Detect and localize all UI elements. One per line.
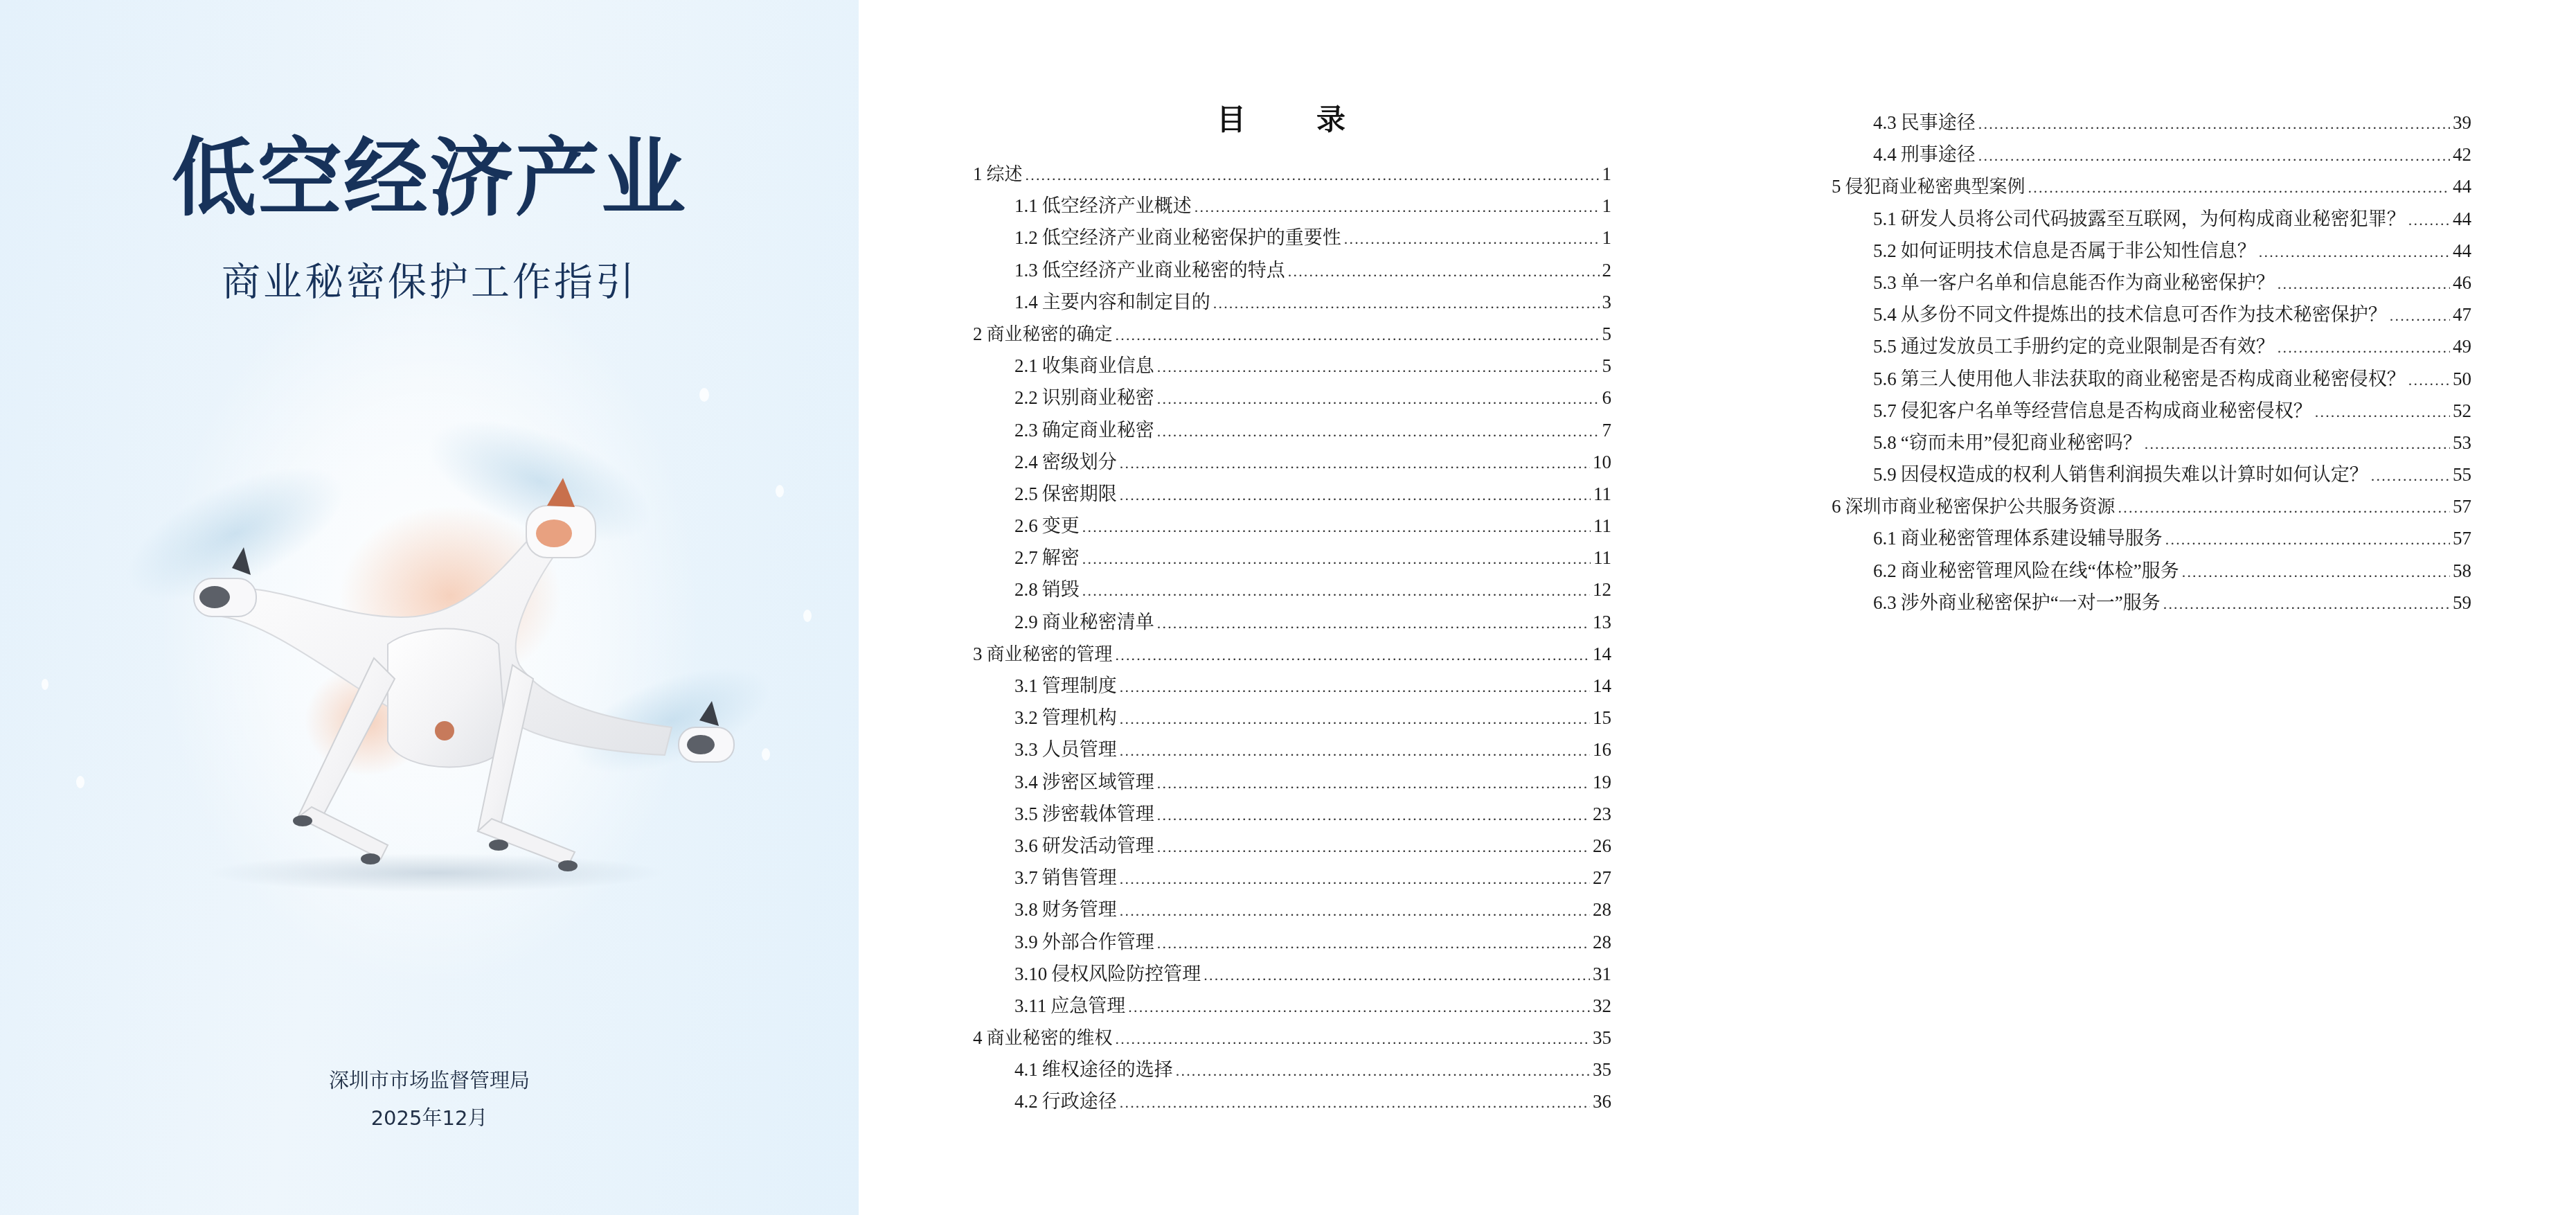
toc-section-entry[interactable]: 1.2 低空经济产业商业秘密保护的重要性 1 — [973, 222, 1611, 254]
toc-entry-page: 5 — [1602, 350, 1612, 382]
toc-entry-number: 5.9 — [1873, 459, 1897, 490]
toc-dot-leader — [2390, 300, 2450, 332]
toc-entry-page: 52 — [2453, 395, 2471, 427]
toc-entry-label: 低空经济产业概述 — [1042, 190, 1192, 222]
toc-entry-page: 50 — [2453, 363, 2471, 395]
cover-page: 低空经济产业 商业秘密保护工作指引 — [0, 0, 859, 1215]
toc-dot-leader — [2145, 428, 2450, 460]
toc-dot-leader — [1157, 607, 1590, 639]
toc-entry-page: 35 — [1593, 1022, 1611, 1054]
toc-entry-page: 55 — [2453, 459, 2471, 490]
toc-chapter-entry[interactable]: 3 商业秘密的管理 14 — [973, 638, 1611, 670]
toc-section-entry[interactable]: 5.1 研发人员将公司代码披露至互联网，为何构成商业秘密犯罪？ 44 — [1832, 203, 2471, 235]
toc-entry-label: 从多份不同文件提炼出的技术信息可否作为技术秘密保护？ — [1901, 299, 2387, 330]
toc-entry-page: 46 — [2453, 267, 2471, 299]
toc-section-entry[interactable]: 5.4 从多份不同文件提炼出的技术信息可否作为技术秘密保护？ 47 — [1832, 299, 2471, 330]
toc-entry-page: 23 — [1593, 798, 1611, 830]
toc-dot-leader — [2028, 172, 2450, 204]
toc-dot-leader — [2163, 588, 2450, 620]
toc-section-entry[interactable]: 3.4 涉密区域管理 19 — [973, 766, 1611, 798]
toc-section-entry[interactable]: 1.3 低空经济产业商业秘密的特点 2 — [973, 254, 1611, 286]
toc-entry-label: 因侵权造成的权利人销售利润损失难以计算时如何认定？ — [1901, 459, 2368, 490]
toc-entry-number: 1.3 — [1014, 254, 1038, 286]
toc-dot-leader — [1120, 447, 1590, 479]
toc-title: 目 录 — [969, 105, 1613, 134]
toc-dot-leader — [1157, 928, 1590, 959]
toc-dot-leader — [1157, 831, 1590, 863]
toc-entry-label: 通过发放员工手册约定的竞业限制是否有效？ — [1901, 330, 2275, 362]
toc-section-entry[interactable]: 5.7 侵犯客户名单等经营信息是否构成商业秘密侵权？ 52 — [1832, 395, 2471, 427]
toc-entry-number: 3.7 — [1014, 862, 1038, 894]
toc-entry-page: 44 — [2453, 170, 2471, 202]
toc-entry-label: 涉密载体管理 — [1042, 798, 1154, 830]
toc-dot-leader — [1157, 799, 1590, 831]
toc-dot-leader — [2408, 204, 2450, 236]
toc-section-entry[interactable]: 4.1 维权途径的选择 35 — [973, 1054, 1611, 1085]
toc-entry-page: 2 — [1602, 254, 1612, 286]
toc-section-entry[interactable]: 4.4 刑事途径 42 — [1832, 139, 2471, 170]
toc-dot-leader — [1116, 1023, 1590, 1055]
toc-section-entry[interactable]: 6.3 涉外商业秘密保护“一对一”服务 59 — [1832, 587, 2471, 619]
toc-entry-label: 维权途径的选择 — [1042, 1054, 1173, 1085]
toc-entry-page: 1 — [1602, 190, 1612, 222]
toc-entry-number: 3.8 — [1014, 894, 1038, 925]
toc-entry-number: 4.3 — [1873, 107, 1897, 139]
toc-entry-number: 5.5 — [1873, 330, 1897, 362]
toc-entry-number: 2.5 — [1014, 478, 1038, 510]
toc-section-entry[interactable]: 5.3 单一客户名单和信息能否作为商业秘密保护？ 46 — [1832, 267, 2471, 299]
toc-dot-leader — [1288, 256, 1600, 287]
toc-entry-number: 4.1 — [1014, 1054, 1038, 1085]
toc-entry-number: 5.4 — [1873, 299, 1897, 330]
toc-entry-number: 5.8 — [1873, 427, 1897, 459]
toc-section-entry[interactable]: 2.1 收集商业信息 5 — [973, 350, 1611, 382]
toc-section-entry[interactable]: 3.11 应急管理 32 — [973, 990, 1611, 1022]
toc-entry-label: 单一客户名单和信息能否作为商业秘密保护？ — [1901, 267, 2275, 299]
toc-section-entry[interactable]: 6.1 商业秘密管理体系建设辅导服务 57 — [1832, 522, 2471, 554]
toc-dot-leader — [1978, 140, 2450, 172]
toc-dot-leader — [2182, 556, 2450, 588]
toc-entry-number: 6.3 — [1873, 587, 1897, 619]
toc-entry-label: 低空经济产业商业秘密保护的重要性 — [1042, 222, 1341, 254]
toc-chapter-entry[interactable]: 5 侵犯商业秘密典型案例 44 — [1832, 170, 2471, 202]
toc-entry-page: 59 — [2453, 587, 2471, 619]
toc-dot-leader — [1082, 543, 1591, 575]
toc-dot-leader — [1204, 959, 1590, 991]
toc-entry-number: 4.2 — [1014, 1085, 1038, 1117]
toc-entry-page: 47 — [2453, 299, 2471, 330]
toc-dot-leader — [1157, 351, 1600, 383]
toc-entry-page: 1 — [1602, 222, 1612, 254]
toc-entry-number: 4.4 — [1873, 139, 1897, 170]
toc-section-entry[interactable]: 2.2 识别商业秘密 6 — [973, 382, 1611, 414]
bokeh-light — [42, 679, 48, 690]
toc-dot-leader — [1157, 416, 1600, 447]
toc-dot-leader — [1120, 735, 1590, 767]
toc-entry-label: 识别商业秘密 — [1042, 382, 1154, 414]
toc-entry-number: 3.6 — [1014, 830, 1038, 862]
toc-entry-label: 深圳市商业秘密保护公共服务资源 — [1845, 491, 2116, 523]
toc-entry-number: 2.8 — [1014, 574, 1038, 605]
toc-entry-number: 5.6 — [1873, 363, 1897, 395]
bokeh-light — [803, 610, 812, 622]
toc-dot-leader — [2408, 364, 2450, 396]
cover-subtitle: 商业秘密保护工作指引 — [0, 263, 859, 302]
toc-entry-page: 19 — [1593, 766, 1611, 798]
toc-entry-page: 16 — [1593, 734, 1611, 765]
toc-dot-leader — [1128, 991, 1590, 1023]
toc-entry-label: “窃而未用”侵犯商业秘密吗？ — [1901, 427, 2142, 459]
toc-entry-number: 3.1 — [1014, 670, 1038, 702]
toc-entry-page: 28 — [1593, 926, 1611, 958]
toc-section-entry[interactable]: 1.4 主要内容和制定目的 3 — [973, 286, 1611, 318]
toc-entry-page: 15 — [1593, 702, 1611, 734]
toc-section-entry[interactable]: 5.6 第三人使用他人非法获取的商业秘密是否构成商业秘密侵权？ 50 — [1832, 363, 2471, 395]
toc-dot-leader — [1082, 511, 1591, 543]
toc-entry-number: 1.2 — [1014, 222, 1038, 254]
toc-section-entry[interactable]: 4.2 行政途径 36 — [973, 1085, 1611, 1117]
toc-entry-label: 侵犯客户名单等经营信息是否构成商业秘密侵权？ — [1901, 395, 2312, 427]
publication-date: 2025年12月 — [0, 1108, 859, 1128]
toc-entry-label: 主要内容和制定目的 — [1042, 286, 1210, 318]
toc-entry-label: 商业秘密的管理 — [987, 639, 1113, 671]
toc-entry-label: 行政途径 — [1042, 1085, 1117, 1117]
toc-dot-leader — [2278, 268, 2450, 300]
toc-entry-page: 44 — [2453, 203, 2471, 235]
toc-entry-number: 6.1 — [1873, 522, 1897, 554]
toc-dot-leader — [1176, 1055, 1590, 1087]
toc-section-entry[interactable]: 3.6 研发活动管理 26 — [973, 830, 1611, 862]
toc-entry-number: 5.2 — [1873, 235, 1897, 267]
toc-section-entry[interactable]: 3.9 外部合作管理 28 — [973, 926, 1611, 958]
toc-entry-page: 35 — [1593, 1054, 1611, 1085]
toc-entry-number: 3.4 — [1014, 766, 1038, 798]
toc-section-entry[interactable]: 3.1 管理制度 14 — [973, 670, 1611, 702]
toc-entry-label: 财务管理 — [1042, 894, 1117, 925]
toc-entry-number: 2.4 — [1014, 446, 1038, 478]
toc-section-entry[interactable]: 3.8 财务管理 28 — [973, 894, 1611, 925]
toc-chapter-entry[interactable]: 4 商业秘密的维权 35 — [973, 1022, 1611, 1054]
toc-entry-label: 研发活动管理 — [1042, 830, 1154, 862]
toc-chapter-entry[interactable]: 6 深圳市商业秘密保护公共服务资源 57 — [1832, 490, 2471, 522]
toc-entry-number: 3.5 — [1014, 798, 1038, 830]
toc-entry-label: 人员管理 — [1042, 734, 1117, 765]
toc-entry-label: 商业秘密管理风险在线“体检”服务 — [1901, 555, 2179, 587]
toc-dot-leader — [1116, 319, 1600, 351]
toc-entry-number: 1.4 — [1014, 286, 1038, 318]
toc-entry-number: 5.1 — [1873, 203, 1897, 235]
toc-section-entry[interactable]: 6.2 商业秘密管理风险在线“体检”服务 58 — [1832, 555, 2471, 587]
toc-entry-label: 变更 — [1042, 510, 1080, 542]
toc-section-entry[interactable]: 4.3 民事途径 39 — [1832, 107, 2471, 139]
bokeh-light — [76, 776, 84, 788]
toc-entry-number: 2.2 — [1014, 382, 1038, 414]
toc-entry-label: 商业秘密的确定 — [987, 319, 1113, 351]
toc-dot-leader — [2315, 396, 2450, 428]
toc-entry-label: 外部合作管理 — [1042, 926, 1154, 958]
toc-entry-label: 涉外商业秘密保护“一对一”服务 — [1901, 587, 2161, 619]
toc-dot-leader — [2371, 460, 2450, 492]
issuing-organization: 深圳市市场监督管理局 — [0, 1071, 859, 1091]
toc-section-entry[interactable]: 1.1 低空经济产业概述 1 — [973, 190, 1611, 222]
toc-dot-leader — [1157, 768, 1590, 799]
toc-entry-page: 42 — [2453, 139, 2471, 170]
toc-entry-label: 销售管理 — [1042, 862, 1117, 894]
toc-entry-number: 3.11 — [1014, 990, 1046, 1022]
toc-dot-leader — [2259, 236, 2450, 268]
toc-entry-number: 2.6 — [1014, 510, 1038, 542]
toc-chapter-entry[interactable]: 1 综述 1 — [973, 158, 1611, 190]
toc-entry-page: 53 — [2453, 427, 2471, 459]
toc-dot-leader — [1120, 703, 1590, 735]
toc-entry-label: 确定商业秘密 — [1042, 414, 1154, 446]
toc-dot-leader — [1157, 383, 1600, 415]
toc-entry-number: 6 — [1832, 490, 1841, 522]
toc-entry-page: 12 — [1593, 574, 1611, 605]
toc-entry-label: 第三人使用他人非法获取的商业秘密是否构成商业秘密侵权？ — [1901, 363, 2406, 395]
bokeh-light — [699, 388, 709, 402]
toc-entry-label: 商业秘密的维权 — [987, 1022, 1113, 1054]
toc-section-entry[interactable]: 3.10 侵权风险防控管理 31 — [973, 958, 1611, 990]
toc-entry-number: 5.3 — [1873, 267, 1897, 299]
toc-entry-label: 保密期限 — [1042, 478, 1117, 510]
toc-entry-number: 2 — [973, 318, 983, 350]
toc-entry-page: 5 — [1602, 318, 1612, 350]
toc-dot-leader — [2278, 332, 2450, 364]
toc-section-entry[interactable]: 5.8 “窃而未用”侵犯商业秘密吗？ 53 — [1832, 427, 2471, 459]
toc-entry-number: 1.1 — [1014, 190, 1038, 222]
toc-entry-page: 36 — [1593, 1085, 1611, 1117]
toc-dot-leader — [1195, 191, 1600, 223]
toc-dot-leader — [1120, 671, 1590, 703]
toc-entry-page: 13 — [1593, 606, 1611, 638]
toc-dot-leader — [1120, 895, 1590, 927]
toc-entry-label: 涉密区域管理 — [1042, 766, 1154, 798]
toc-left-column: 1 综述 1 1.1 低空经济产业概述 1 1.2 低空经济产业商业秘密保护的重… — [973, 158, 1611, 1118]
toc-dot-leader — [1082, 575, 1590, 607]
toc-section-entry[interactable]: 2.7 解密 11 — [973, 542, 1611, 574]
toc-entry-page: 11 — [1593, 478, 1611, 510]
toc-section-entry[interactable]: 5.5 通过发放员工手册约定的竞业限制是否有效？ 49 — [1832, 330, 2471, 362]
toc-entry-page: 11 — [1593, 510, 1611, 542]
toc-section-entry[interactable]: 3.5 涉密载体管理 23 — [973, 798, 1611, 830]
toc-entry-number: 3.2 — [1014, 702, 1038, 734]
toc-section-entry[interactable]: 3.3 人员管理 16 — [973, 734, 1611, 765]
toc-entry-label: 管理机构 — [1042, 702, 1117, 734]
toc-entry-number: 2.7 — [1014, 542, 1038, 574]
toc-dot-leader — [1116, 639, 1590, 671]
toc-dot-leader — [1213, 287, 1600, 319]
toc-entry-label: 低空经济产业商业秘密的特点 — [1042, 254, 1285, 286]
toc-entry-page: 14 — [1593, 638, 1611, 670]
toc-entry-page: 49 — [2453, 330, 2471, 362]
toc-entry-page: 11 — [1593, 542, 1611, 574]
cover-title: 低空经济产业 — [0, 136, 859, 220]
toc-entry-label: 研发人员将公司代码披露至互联网，为何构成商业秘密犯罪？ — [1901, 203, 2406, 235]
toc-section-entry[interactable]: 2.3 确定商业秘密 7 — [973, 414, 1611, 446]
toc-entry-label: 综述 — [987, 159, 1023, 190]
toc-dot-leader — [1120, 479, 1591, 511]
toc-entry-page: 7 — [1602, 414, 1612, 446]
toc-entry-label: 应急管理 — [1050, 990, 1125, 1022]
toc-entry-page: 27 — [1593, 862, 1611, 894]
toc-entry-page: 32 — [1593, 990, 1611, 1022]
drone-illustration — [90, 416, 782, 901]
toc-entry-number: 3 — [973, 638, 983, 670]
toc-entry-label: 销毁 — [1042, 574, 1080, 605]
toc-entry-label: 密级划分 — [1042, 446, 1117, 478]
toc-dot-leader — [2165, 524, 2450, 556]
toc-entry-page: 1 — [1602, 158, 1612, 190]
toc-section-entry[interactable]: 2.6 变更 11 — [973, 510, 1611, 542]
toc-entry-page: 28 — [1593, 894, 1611, 925]
toc-entry-number: 5 — [1832, 170, 1841, 202]
toc-entry-number: 2.9 — [1014, 606, 1038, 638]
toc-entry-label: 侵权风险防控管理 — [1051, 958, 1201, 990]
toc-section-entry[interactable]: 3.7 销售管理 27 — [973, 862, 1611, 894]
toc-entry-page: 58 — [2453, 555, 2471, 587]
toc-entry-number: 4 — [973, 1022, 983, 1054]
toc-entry-number: 3.10 — [1014, 958, 1047, 990]
toc-entry-page: 57 — [2453, 490, 2471, 522]
toc-entry-label: 收集商业信息 — [1042, 350, 1154, 382]
toc-dot-leader — [1120, 863, 1590, 895]
toc-entry-page: 39 — [2453, 107, 2471, 139]
toc-entry-page: 3 — [1602, 286, 1612, 318]
toc-entry-label: 刑事途径 — [1901, 139, 1976, 170]
toc-dot-leader — [1344, 223, 1600, 255]
toc-entry-number: 2.1 — [1014, 350, 1038, 382]
toc-entry-number: 6.2 — [1873, 555, 1897, 587]
toc-section-entry[interactable]: 5.2 如何证明技术信息是否属于非公知性信息？ 44 — [1832, 235, 2471, 267]
toc-entry-number: 3.3 — [1014, 734, 1038, 765]
toc-entry-label: 商业秘密清单 — [1042, 606, 1154, 638]
toc-section-entry[interactable]: 5.9 因侵权造成的权利人销售利润损失难以计算时如何认定？ 55 — [1832, 459, 2471, 490]
toc-entry-page: 31 — [1593, 958, 1611, 990]
toc-entry-number: 1 — [973, 158, 983, 190]
toc-section-entry[interactable]: 2.5 保密期限 11 — [973, 478, 1611, 510]
toc-entry-page: 57 — [2453, 522, 2471, 554]
toc-entry-page: 14 — [1593, 670, 1611, 702]
toc-section-entry[interactable]: 3.2 管理机构 15 — [973, 702, 1611, 734]
toc-chapter-entry[interactable]: 2 商业秘密的确定 5 — [973, 318, 1611, 350]
toc-section-entry[interactable]: 2.4 密级划分 10 — [973, 446, 1611, 478]
toc-dot-leader — [2118, 492, 2450, 524]
toc-dot-leader — [1978, 108, 2450, 140]
toc-entry-label: 商业秘密管理体系建设辅导服务 — [1901, 522, 2163, 554]
toc-entry-label: 管理制度 — [1042, 670, 1117, 702]
toc-entry-number: 3.9 — [1014, 926, 1038, 958]
toc-entry-label: 解密 — [1042, 542, 1080, 574]
toc-dot-leader — [1120, 1087, 1590, 1119]
toc-dot-leader — [1026, 159, 1600, 191]
toc-right-column: 4.3 民事途径 39 4.4 刑事途径 42 5 侵犯商业秘密典型案例 44 … — [1832, 107, 2471, 619]
toc-entry-page: 44 — [2453, 235, 2471, 267]
toc-entry-number: 5.7 — [1873, 395, 1897, 427]
toc-section-entry[interactable]: 2.9 商业秘密清单 13 — [973, 606, 1611, 638]
toc-entry-label: 如何证明技术信息是否属于非公知性信息？ — [1901, 235, 2256, 267]
toc-entry-page: 10 — [1593, 446, 1611, 478]
toc-entry-label: 侵犯商业秘密典型案例 — [1845, 171, 2025, 203]
toc-section-entry[interactable]: 2.8 销毁 12 — [973, 574, 1611, 605]
toc-entry-number: 2.3 — [1014, 414, 1038, 446]
toc-entry-page: 26 — [1593, 830, 1611, 862]
toc-entry-page: 6 — [1602, 382, 1612, 414]
toc-entry-label: 民事途径 — [1901, 107, 1976, 139]
